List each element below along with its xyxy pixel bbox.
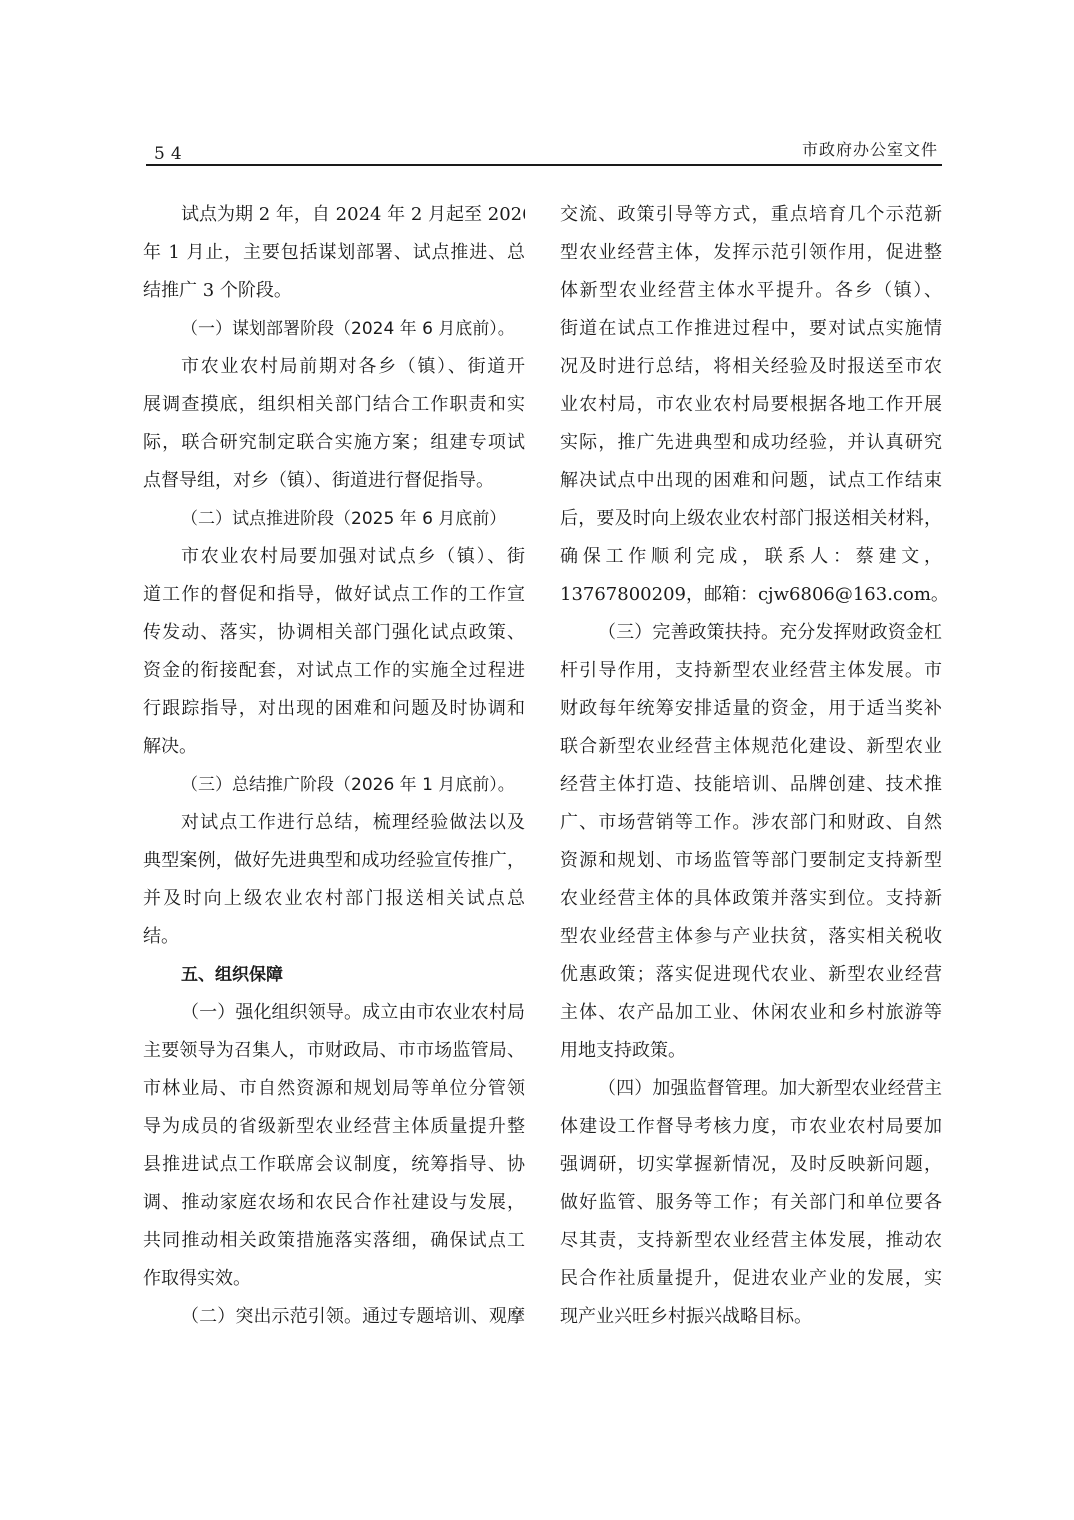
text-line: 年 1 月止，主要包括谋划部署、试点推进、总 xyxy=(143,234,525,272)
text-line: 交流、政策引导等方式，重点培育几个示范新 xyxy=(560,196,942,234)
text-line: 县推进试点工作联席会议制度，统筹指导、协 xyxy=(143,1146,525,1184)
text-line: 典型案例，做好先进典型和成功经验宣传推广， xyxy=(143,842,525,880)
text-line: 农业经营主体的具体政策并落实到位。支持新 xyxy=(560,880,942,918)
text-line: 对试点工作进行总结，梳理经验做法以及 xyxy=(143,804,525,842)
text-line: 展调查摸底，组织相关部门结合工作职责和实 xyxy=(143,386,525,424)
text-line: 试点为期 2 年，自 2024 年 2 月起至 2026 xyxy=(143,196,525,234)
text-line: 用地支持政策。 xyxy=(560,1032,942,1070)
text-line: 民合作社质量提升，促进农业产业的发展，实 xyxy=(560,1260,942,1298)
subsection-heading-line: （一）谋划部署阶段（2024 年 6 月底前）。 xyxy=(143,310,525,348)
text-line: （四）加强监督管理。加大新型农业经营主 xyxy=(560,1070,942,1108)
section-heading: 五、组织保障 xyxy=(143,956,525,994)
text-line: 主体、农产品加工业、休闲农业和乡村旅游等 xyxy=(560,994,942,1032)
text-line: 联合新型农业经营主体规范化建设、新型农业 xyxy=(560,728,942,766)
text-line: 传发动、落实，协调相关部门强化试点政策、 xyxy=(143,614,525,652)
header-rule xyxy=(146,164,942,166)
text-line: 况及时进行总结，将相关经验及时报送至市农 xyxy=(560,348,942,386)
text-line: 13767800209，邮箱：cjw6806@163.com。 xyxy=(560,576,942,614)
text-line: 资金的衔接配套，对试点工作的实施全过程进 xyxy=(143,652,525,690)
text-line: 作取得实效。 xyxy=(143,1260,525,1298)
subsection-heading-line: （三）总结推广阶段（2026 年 1 月底前）。 xyxy=(143,766,525,804)
text-line: 点督导组，对乡（镇）、街道进行督促指导。 xyxy=(143,462,525,500)
text-line: 经营主体打造、技能培训、品牌创建、技术推 xyxy=(560,766,942,804)
text-line: （一）强化组织领导。成立由市农业农村局 xyxy=(143,994,525,1032)
page-header: 54 市政府办公室文件 xyxy=(146,136,942,166)
text-line: 杆引导作用，支持新型农业经营主体发展。市 xyxy=(560,652,942,690)
text-line: （二）突出示范引领。通过专题培训、观摩 xyxy=(143,1298,525,1336)
text-line: 街道在试点工作推进过程中，要对试点实施情 xyxy=(560,310,942,348)
text-line: 市农业农村局前期对各乡（镇）、街道开 xyxy=(143,348,525,386)
text-line: 实际，推广先进典型和成功经验，并认真研究 xyxy=(560,424,942,462)
text-line: 后，要及时向上级农业农村部门报送相关材料， xyxy=(560,500,942,538)
subsection-heading-line: （二）试点推进阶段（2025 年 6 月底前） xyxy=(143,500,525,538)
page-number: 54 xyxy=(154,144,188,164)
text-line: 际，联合研究制定联合实施方案；组建专项试 xyxy=(143,424,525,462)
text-line: 确保工作顺利完成，联系人：蔡建文， xyxy=(560,538,942,576)
text-line: 现产业兴旺乡村振兴战略目标。 xyxy=(560,1298,942,1336)
text-line: 广、市场营销等工作。涉农部门和财政、自然 xyxy=(560,804,942,842)
text-line: 结。 xyxy=(143,918,525,956)
text-line: 结推广 3 个阶段。 xyxy=(143,272,525,310)
text-line: （三）完善政策扶持。充分发挥财政资金杠 xyxy=(560,614,942,652)
text-line: 市农业农村局要加强对试点乡（镇）、街 xyxy=(143,538,525,576)
text-line: 体建设工作督导考核力度，市农业农村局要加 xyxy=(560,1108,942,1146)
text-line: 主要领导为召集人，市财政局、市市场监管局、 xyxy=(143,1032,525,1070)
text-line: 强调研，切实掌握新情况，及时反映新问题， xyxy=(560,1146,942,1184)
text-line: 业农村局，市农业农村局要根据各地工作开展 xyxy=(560,386,942,424)
text-line: 导为成员的省级新型农业经营主体质量提升整 xyxy=(143,1108,525,1146)
right-column: 交流、政策引导等方式，重点培育几个示范新型农业经营主体，发挥示范引领作用，促进整… xyxy=(560,196,942,1336)
text-line: 并及时向上级农业农村部门报送相关试点总 xyxy=(143,880,525,918)
text-line: 解决。 xyxy=(143,728,525,766)
text-line: 尽其责，支持新型农业经营主体发展，推动农 xyxy=(560,1222,942,1260)
document-title: 市政府办公室文件 xyxy=(802,137,938,160)
text-line: 解决试点中出现的困难和问题，试点工作结束 xyxy=(560,462,942,500)
text-line: 体新型农业经营主体水平提升。各乡（镇）、 xyxy=(560,272,942,310)
text-line: 共同推动相关政策措施落实落细，确保试点工 xyxy=(143,1222,525,1260)
text-line: 做好监管、服务等工作；有关部门和单位要各 xyxy=(560,1184,942,1222)
text-line: 型农业经营主体参与产业扶贫，落实相关税收 xyxy=(560,918,942,956)
text-line: 调、推动家庭农场和农民合作社建设与发展， xyxy=(143,1184,525,1222)
text-line: 型农业经营主体，发挥示范引领作用，促进整 xyxy=(560,234,942,272)
text-line: 市林业局、市自然资源和规划局等单位分管领 xyxy=(143,1070,525,1108)
text-line: 财政每年统筹安排适量的资金，用于适当奖补 xyxy=(560,690,942,728)
text-line: 道工作的督促和指导，做好试点工作的工作宣 xyxy=(143,576,525,614)
text-line: 优惠政策；落实促进现代农业、新型农业经营 xyxy=(560,956,942,994)
text-line: 资源和规划、市场监管等部门要制定支持新型 xyxy=(560,842,942,880)
text-line: 行跟踪指导，对出现的困难和问题及时协调和 xyxy=(143,690,525,728)
left-column: 试点为期 2 年，自 2024 年 2 月起至 2026年 1 月止，主要包括谋… xyxy=(143,196,525,1336)
